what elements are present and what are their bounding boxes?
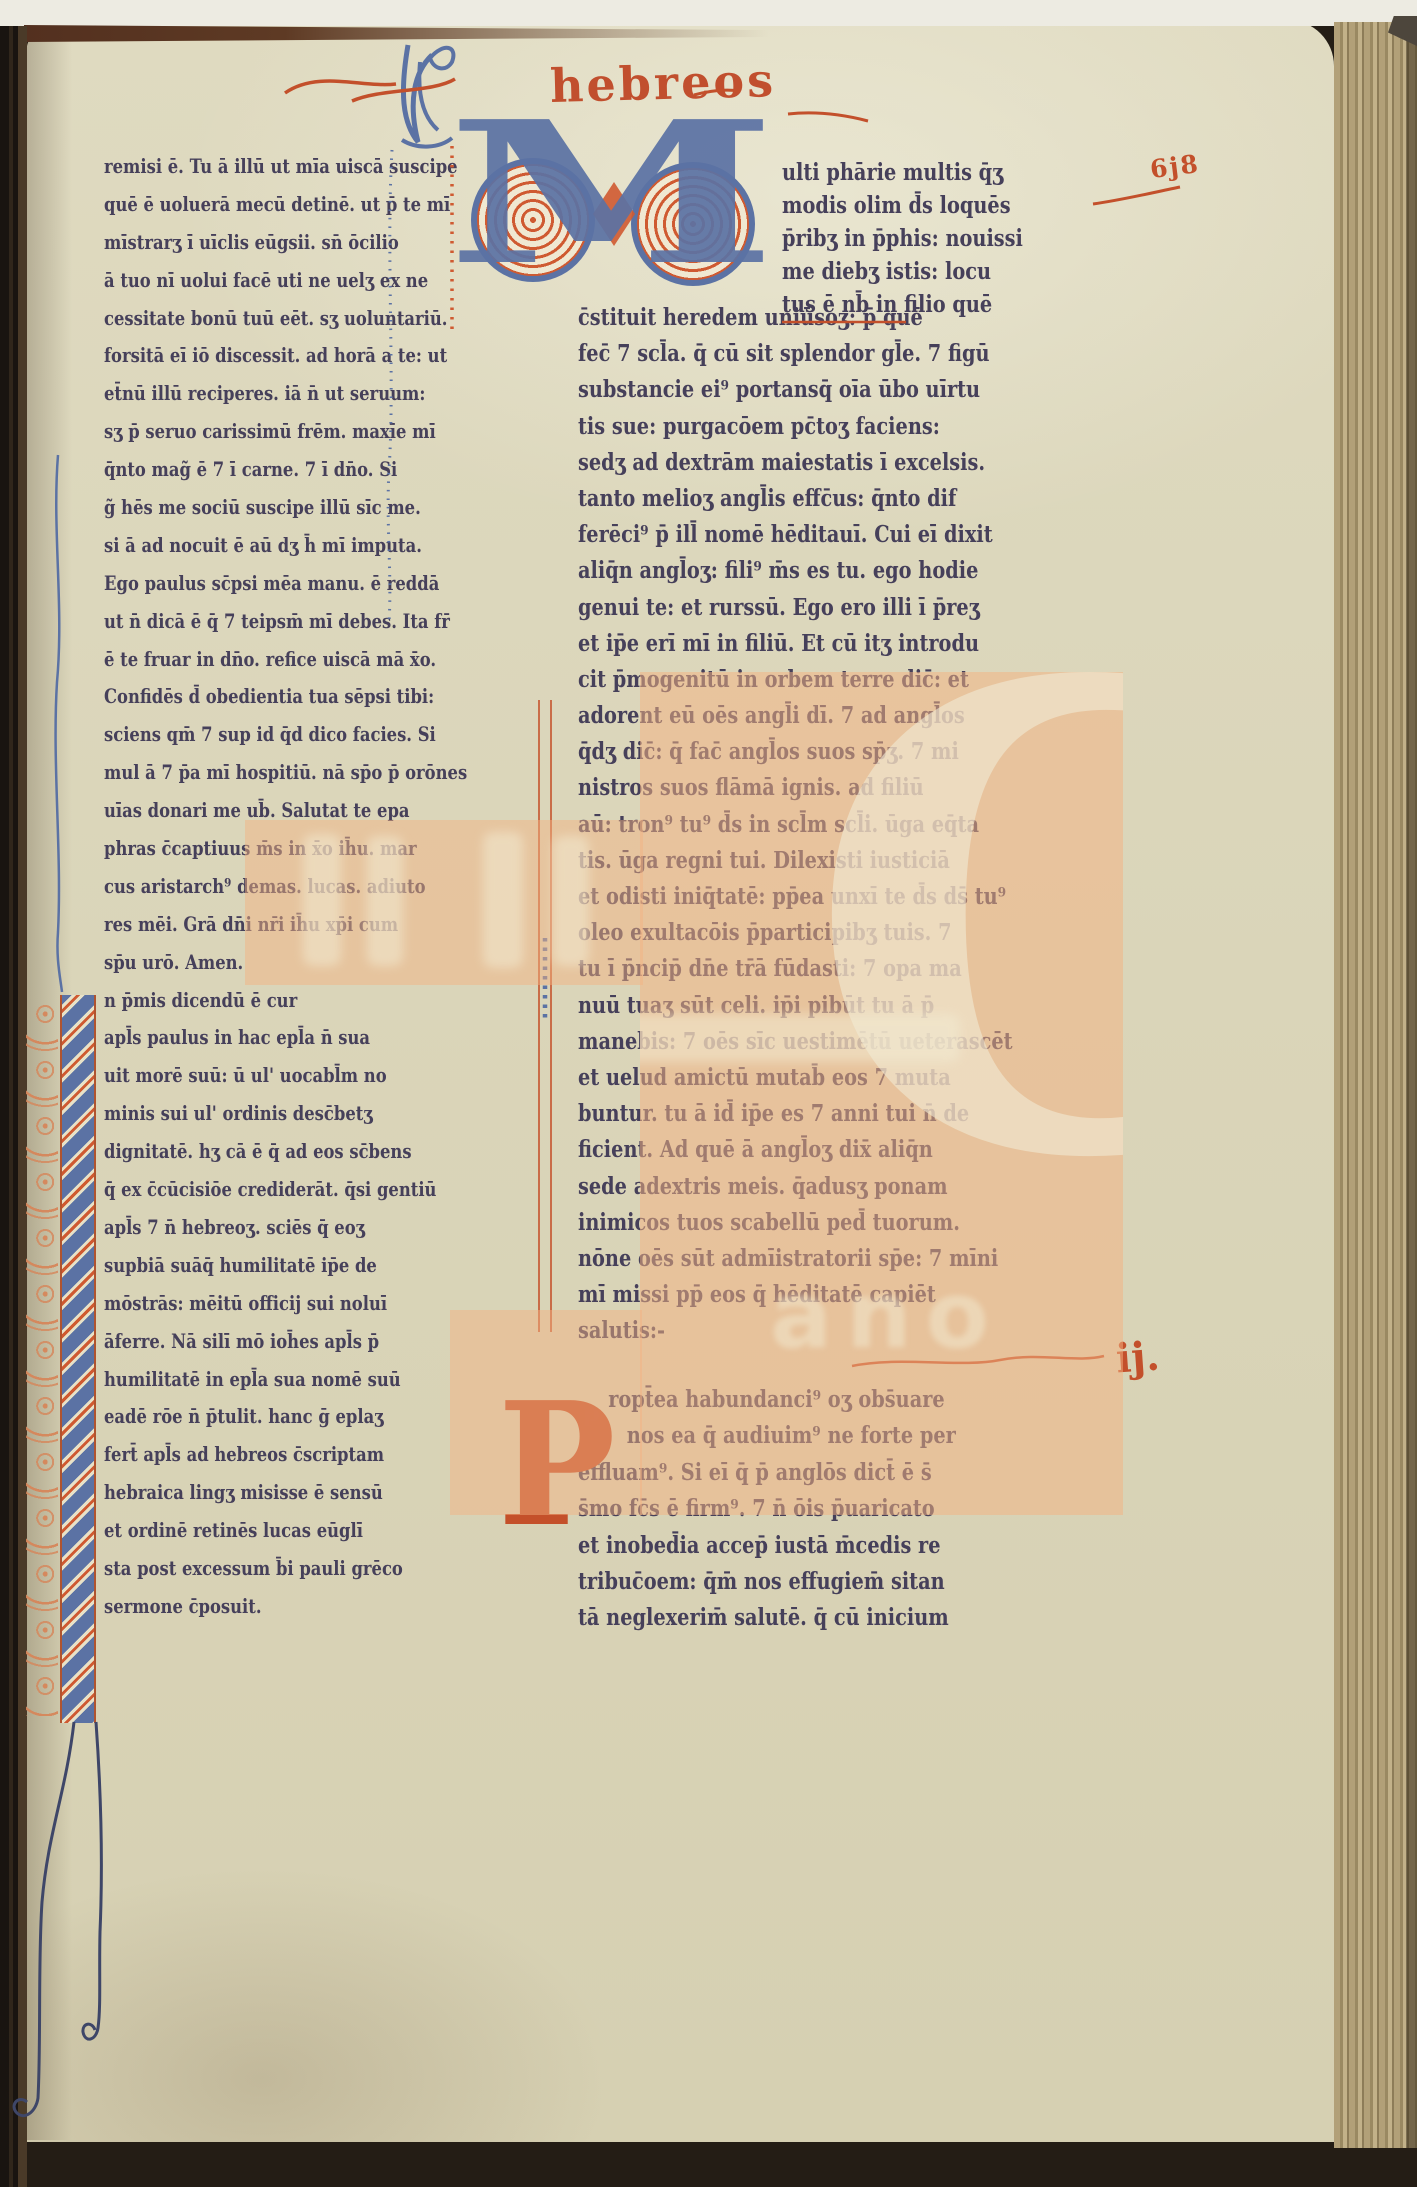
text-line: Confidēs d̄ obedientia tua sēpsi tibi: bbox=[104, 678, 440, 716]
text-line: nistros suos flāmā ignis. ad filiū bbox=[578, 770, 948, 806]
text-line: nos ea q̄ audiuim⁹ ne forte per bbox=[578, 1418, 948, 1454]
text-line: uīas donari me ub̄. Salutat te epa bbox=[104, 792, 440, 830]
text-line: humilitatē in epl̄a sua nomē suū bbox=[104, 1361, 440, 1399]
text-line: forsitā eī iō discessit. ad horā a te: u… bbox=[104, 337, 440, 375]
right-text-column: c̄stituit heredem uniūsoʒ: p̄ quēfec̄ 7 … bbox=[578, 300, 1018, 1349]
text-line: ā tuo nī uolui facē uti ne uelʒ ex ne bbox=[104, 262, 440, 300]
text-line: g̃ hēs me sociū suscipe illū sīc me. bbox=[104, 489, 440, 527]
text-line: mōstrās: mēitū officij sui noluī bbox=[104, 1285, 440, 1323]
text-line: cus aristarch⁹ demas. lucas. adiuto bbox=[104, 868, 440, 906]
text-line: mīstrarʒ ī uīclis eūgsii. sn̄ ōcilio bbox=[104, 224, 440, 262]
text-line: ropt̄ea habundanci⁹ oʒ obs̄uare bbox=[578, 1382, 948, 1418]
text-line: genui te: et rurssū. Ego ero illi ī p̄re… bbox=[578, 590, 948, 626]
text-line: ficient. Ad quē ā angl̄oʒ dix̄ aliq̄n bbox=[578, 1132, 948, 1168]
text-line: minis sui ul' ordinis desc̄betʒ bbox=[104, 1095, 440, 1133]
text-line: phras c̄captiuus m̄s in x̄o ih̄u. mar bbox=[104, 830, 440, 868]
illuminated-initial-M: M bbox=[445, 130, 777, 306]
text-line: tu ī p̄ncip̄ dn̄e tr̄ā fūdasti: 7 opa ma bbox=[578, 951, 948, 987]
initial-letter: M bbox=[447, 96, 777, 292]
text-line: sedʒ ad dextrām maiestatis ī excelsis. bbox=[578, 445, 948, 481]
text-line: et odisti iniq̄tatē: pp̄ea unxī te d̄s d… bbox=[578, 879, 948, 915]
text-line: fert̄ apl̄s ad hebreos c̄scriptam bbox=[104, 1436, 440, 1474]
text-line: cessitate bonū tuū eēt. sʒ uoluntariū. bbox=[104, 300, 440, 338]
text-line: modis olim d̄s loquēs bbox=[782, 189, 984, 222]
text-line: dignitatē. hʒ cā ē q̄ ad eos sc̄bens bbox=[104, 1133, 440, 1171]
text-line: quē ē uoluerā mecū detinē. ut p̄ te mī bbox=[104, 186, 440, 224]
book-fore-edge-pages bbox=[1334, 22, 1417, 2148]
text-line: q̄ ex c̄cūcisiōe crediderāt. q̄si gentiū bbox=[104, 1171, 440, 1209]
text-line: p̄ribʒ in p̄phis: nouissi bbox=[782, 222, 984, 255]
text-line: et ordinē retinēs lucas eūglī bbox=[104, 1512, 440, 1550]
text-line: ut n̄ dicā ē q̄ 7 teipsm̄ mī debes. Ita … bbox=[104, 603, 440, 641]
text-line: tribuc̄oem: q̄m̄ nos effugiem̄ sitan bbox=[578, 1564, 948, 1600]
text-line: salutis:- bbox=[578, 1313, 948, 1349]
text-line: sta post excessum b̄i pauli grēco bbox=[104, 1550, 440, 1588]
margin-initial-I-bar bbox=[60, 995, 96, 1723]
text-line: manebis: 7 oēs sīc uestimētū ueterascēt bbox=[578, 1024, 948, 1060]
text-line: nōne oēs sūt admīistratorii sp̄e: 7 mīni bbox=[578, 1241, 948, 1277]
text-line: et ip̄e erī mī in filiū. Et cū itʒ intro… bbox=[578, 626, 948, 662]
chapter-number-rubric: ij. bbox=[1114, 1333, 1161, 1383]
text-line: tā neglexerim̄ salutē. q̄ cū inicium bbox=[578, 1600, 948, 1636]
text-line: tis. ūga regni tui. Dilexisti iusticiā bbox=[578, 843, 948, 879]
text-line: q̄dʒ dic̄: q̄ fac̄ angl̄os suos sp̄ʒ. 7 … bbox=[578, 734, 948, 770]
text-line: uit morē suū: ū ul' uocabl̄m no bbox=[104, 1057, 440, 1095]
left-text-column: remisi ē. Tu ā illū ut mīa uiscā suscipe… bbox=[104, 148, 504, 1626]
photo-top-strip bbox=[0, 0, 1417, 26]
text-line: āferre. Nā silī mō ioh̄es apl̄s p̄ bbox=[104, 1323, 440, 1361]
text-line: sede adextris meis. q̄adusʒ ponam bbox=[578, 1169, 948, 1205]
text-line: sermone c̄posuit. bbox=[104, 1588, 440, 1626]
text-line: ulti phārie multis q̄ʒ bbox=[782, 156, 984, 189]
text-line: n p̄mis dicendū ē cur bbox=[104, 982, 440, 1020]
text-line: buntur. tu ā id̄ ip̄e es 7 anni tui n̄ d… bbox=[578, 1096, 948, 1132]
text-line: tanto melioʒ angl̄is effc̄us: q̄nto dif bbox=[578, 481, 948, 517]
right-column-opening-lines: ulti phārie multis q̄ʒmodis olim d̄s loq… bbox=[782, 156, 1022, 321]
text-line: aliq̄n angl̄oʒ: fili⁹ m̄s es tu. ego hod… bbox=[578, 553, 948, 589]
text-line: fec̄ 7 scl̄a. q̄ cū sit splendor gl̄e. 7… bbox=[578, 336, 948, 372]
text-line: sp̄u urō. Amen. bbox=[104, 944, 440, 982]
text-line: q̄nto mag̃ ē 7 ī carne. 7 ī dn̄o. Si bbox=[104, 451, 440, 489]
text-line: et uelud amictū mutab̄ eos 7 muta bbox=[578, 1060, 948, 1096]
text-line: oleo exultacōis p̄participibʒ tuis. 7 bbox=[578, 915, 948, 951]
text-line: remisi ē. Tu ā illū ut mīa uiscā suscipe bbox=[104, 148, 440, 186]
text-line: s̄mo fc̄s ē firm⁹. 7 n̄ ōis p̄uaricato bbox=[578, 1491, 948, 1527]
quire-mark: 6j8 bbox=[1148, 149, 1201, 184]
text-line: sciens qm̄ 7 sup id q̄d dico facies. Si bbox=[104, 716, 440, 754]
chapter-two-text: ropt̄ea habundanci⁹ oʒ obs̄uarenos ea q̄… bbox=[578, 1382, 1018, 1637]
margin-penwork-curls bbox=[26, 1000, 58, 1716]
text-line: effluam⁹. Si eī q̄ p̄ anglōs dict̄ ē s̄ bbox=[578, 1455, 948, 1491]
manuscript-photo: hebreos 6j8 remisi ē. Tu ā illū ut mīa u… bbox=[0, 0, 1417, 2187]
text-line: substancie ei⁹ portansq̄ oīa ūbo uīrtu bbox=[578, 372, 948, 408]
text-line: adorent eū oēs angl̄i dī. 7 ad angl̄os bbox=[578, 698, 948, 734]
text-line: res mēi. Grā dn̄i nr̄i ih̄u xp̄i cum bbox=[104, 906, 440, 944]
text-line: sʒ p̄ seruo carissimū frēm. maxīe mī bbox=[104, 413, 440, 451]
text-line: si ā ad nocuit ē aū dʒ h̄ mī imputa. bbox=[104, 527, 440, 565]
binding-edge-left bbox=[0, 26, 27, 2187]
text-line: et̄nū illū reciperes. iā n̄ ut seruum: bbox=[104, 375, 440, 413]
text-line: ē te fruar in dn̄o. refice uiscā mā x̄o. bbox=[104, 641, 440, 679]
text-line: Ego paulus sc̄psi mēa manu. ē reddā bbox=[104, 565, 440, 603]
fore-edge-shadow bbox=[1406, 22, 1417, 2148]
text-line: aū: tron⁹ tu⁹ d̄s in scl̄m scl̄i. ūga eq… bbox=[578, 807, 948, 843]
text-line: me diebʒ istis: locu bbox=[782, 255, 984, 288]
text-line: mī missi pp̄ eos q̄ hēditatē capiēt bbox=[578, 1277, 948, 1313]
text-line: mul ā 7 p̄a mī hospitiū. nā sp̄o p̄ orōn… bbox=[104, 754, 440, 792]
text-line: apl̄s paulus in hac epl̄a n̄ sua bbox=[104, 1019, 440, 1057]
text-line: apl̄s 7 n̄ hebreoʒ. sciēs q̄ eoʒ bbox=[104, 1209, 440, 1247]
guide-letter: p bbox=[583, 1398, 600, 1427]
text-line: cit p̄mogenitū in orbem terre dic̄: et bbox=[578, 662, 948, 698]
text-line: supbiā suāq̄ humilitatē ip̄e de bbox=[104, 1247, 440, 1285]
text-line: eadē rōe n̄ p̄tulit. hanc ḡ eplaʒ bbox=[104, 1398, 440, 1436]
text-line: inimicos tuos scabellū ped̄ tuorum. bbox=[578, 1205, 948, 1241]
text-line: nuū tuaʒ sūt celi. ip̄i pibūt tu ā p̄ bbox=[578, 988, 948, 1024]
text-line: tis sue: purgacōem pc̄toʒ faciens: bbox=[578, 409, 948, 445]
text-line: et inobed̄ia accep̄ iustā m̄cedis re bbox=[578, 1528, 948, 1564]
text-line: hebraica lingʒ misisse ē sensū bbox=[104, 1474, 440, 1512]
text-line: ferēci⁹ p̄ ill̄ nomē hēditauī. Cui eī di… bbox=[578, 517, 948, 553]
